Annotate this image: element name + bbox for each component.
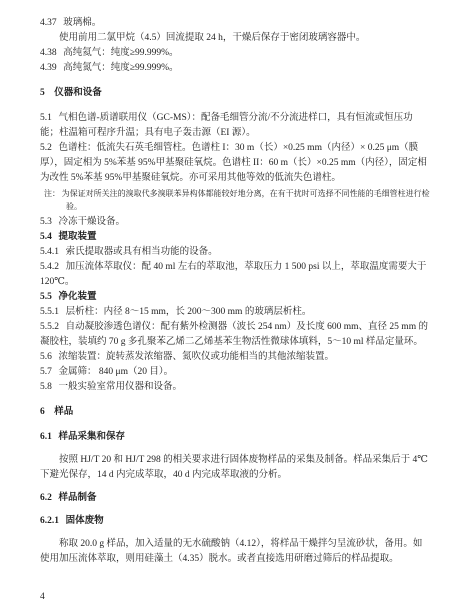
clause-number: 5.5.2 — [40, 320, 59, 335]
subsection-heading-6-2-1: 6.2.1固体废物 — [40, 514, 431, 529]
clause-number: 5.4.2 — [40, 260, 59, 275]
note-block: 注：为保证对所关注的溴取代多溴联苯异构体都能较好地分离，在有干扰时可选择不同性能… — [40, 188, 431, 213]
clause-number: 5.2 — [40, 141, 52, 156]
clause-number: 5.4 — [40, 230, 52, 245]
heading-text: 样品 — [54, 407, 73, 417]
body-paragraph: 使用前用二氯甲烷（4.5）回流提取 24 h，干燥后保存于密闭玻璃容器中。 — [40, 31, 431, 46]
clause-number: 4.38 — [40, 46, 57, 61]
clause-5-8: 5.8一般实验室常用仪器和设备。 — [40, 380, 431, 395]
clause-text: 冷冻干燥设备。 — [59, 217, 126, 227]
heading-text: 样品制备 — [59, 493, 97, 503]
clause-number: 5.7 — [40, 365, 52, 380]
clause-heading-5-5: 5.5净化装置 — [40, 290, 431, 305]
clause-text: 金属筛： 840 μm（20 目）。 — [59, 367, 174, 377]
clause-text: 加压流体萃取仪：配 40 ml 左右的萃取池，萃取压力 1 500 psi 以上… — [40, 262, 426, 287]
heading-number: 6 — [40, 405, 45, 420]
clause-5-1: 5.1气相色谱-质谱联用仪（GC-MS）：配备毛细管分流/不分流进样口，具有恒流… — [40, 111, 431, 141]
clause-text: 高纯氦气：纯度≥99.999%。 — [63, 48, 178, 58]
clause-5-4-2: 5.4.2加压流体萃取仪：配 40 ml 左右的萃取池，萃取压力 1 500 p… — [40, 260, 431, 290]
clause-text: 色谱柱：低流失石英毛细管柱。色谱柱 I：30 m（长）×0.25 mm（内径）×… — [40, 143, 427, 183]
heading-number: 6.1 — [40, 430, 52, 445]
clause-text: 提取装置 — [59, 232, 97, 242]
paragraph-text: 使用前用二氯甲烷（4.5）回流提取 24 h，干燥后保存于密闭玻璃容器中。 — [59, 33, 365, 43]
note-text: 为保证对所关注的溴取代多溴联苯异构体都能较好地分离，在有干扰时可选择不同性能的毛… — [62, 189, 430, 211]
body-paragraph: 称取 20.0 g 样品，加入适量的无水硫酸钠（4.12），将样品干燥拌匀呈流砂… — [40, 537, 431, 567]
clause-4-38: 4.38高纯氦气：纯度≥99.999%。 — [40, 46, 431, 61]
section-heading-6: 6样品 — [40, 405, 431, 420]
clause-number: 5.3 — [40, 215, 52, 230]
clause-5-7: 5.7金属筛： 840 μm（20 目）。 — [40, 365, 431, 380]
clause-4-39: 4.39高纯氮气：纯度≥99.999%。 — [40, 61, 431, 76]
clause-number: 5.5 — [40, 290, 52, 305]
clause-text: 高纯氮气：纯度≥99.999%。 — [63, 63, 178, 73]
section-heading-5: 5仪器和设备 — [40, 86, 431, 101]
clause-number: 5.4.1 — [40, 245, 59, 260]
clause-text: 浓缩装置：旋转蒸发浓缩器、氮吹仪或功能相当的其他浓缩装置。 — [59, 352, 335, 362]
heading-text: 样品采集和保存 — [59, 432, 126, 442]
clause-number: 5.1 — [40, 111, 52, 126]
heading-number: 6.2.1 — [40, 514, 59, 529]
page-number: 4 — [40, 590, 45, 605]
clause-5-5-2: 5.5.2自动凝胶渗透色谱仪：配有紫外检测器（波长 254 nm）及长度 600… — [40, 320, 431, 350]
clause-text: 玻璃棉。 — [63, 18, 101, 28]
clause-text: 净化装置 — [59, 292, 97, 302]
heading-text: 仪器和设备 — [54, 88, 102, 98]
clause-number: 5.5.1 — [40, 305, 59, 320]
clause-text: 层析柱：内径 8～15 mm，长 200～300 mm 的玻璃层析柱。 — [66, 307, 312, 317]
clause-5-5-1: 5.5.1层析柱：内径 8～15 mm，长 200～300 mm 的玻璃层析柱。 — [40, 305, 431, 320]
heading-number: 5 — [40, 86, 45, 101]
clause-text: 一般实验室常用仪器和设备。 — [59, 382, 183, 392]
clause-text: 气相色谱-质谱联用仪（GC-MS）：配备毛细管分流/不分流进样口，具有恒流或恒压… — [40, 113, 413, 138]
clause-5-2: 5.2色谱柱：低流失石英毛细管柱。色谱柱 I：30 m（长）×0.25 mm（内… — [40, 141, 431, 186]
clause-heading-5-4: 5.4提取装置 — [40, 230, 431, 245]
clause-text: 自动凝胶渗透色谱仪：配有紫外检测器（波长 254 nm）及长度 600 mm、直… — [40, 322, 428, 347]
clause-number: 4.37 — [40, 16, 57, 31]
heading-number: 6.2 — [40, 491, 52, 506]
clause-5-4-1: 5.4.1索氏提取器或具有相当功能的设备。 — [40, 245, 431, 260]
document-page: 4.37玻璃棉。 使用前用二氯甲烷（4.5）回流提取 24 h，干燥后保存于密闭… — [0, 0, 449, 614]
clause-number: 5.8 — [40, 380, 52, 395]
subsection-heading-6-2: 6.2样品制备 — [40, 491, 431, 506]
subsection-heading-6-1: 6.1样品采集和保存 — [40, 430, 431, 445]
clause-number: 4.39 — [40, 61, 57, 76]
clause-number: 5.6 — [40, 350, 52, 365]
clause-5-6: 5.6浓缩装置：旋转蒸发浓缩器、氮吹仪或功能相当的其他浓缩装置。 — [40, 350, 431, 365]
paragraph-text: 称取 20.0 g 样品，加入适量的无水硫酸钠（4.12），将样品干燥拌匀呈流砂… — [40, 539, 422, 564]
body-paragraph: 按照 HJ/T 20 和 HJ/T 298 的相关要求进行固体废物样品的采集及制… — [40, 453, 431, 483]
clause-text: 索氏提取器或具有相当功能的设备。 — [66, 247, 218, 257]
clause-5-3: 5.3冷冻干燥设备。 — [40, 215, 431, 230]
heading-text: 固体废物 — [66, 516, 104, 526]
note-label: 注： — [55, 188, 60, 201]
clause-4-37: 4.37玻璃棉。 — [40, 16, 431, 31]
paragraph-text: 按照 HJ/T 20 和 HJ/T 298 的相关要求进行固体废物样品的采集及制… — [40, 455, 428, 480]
